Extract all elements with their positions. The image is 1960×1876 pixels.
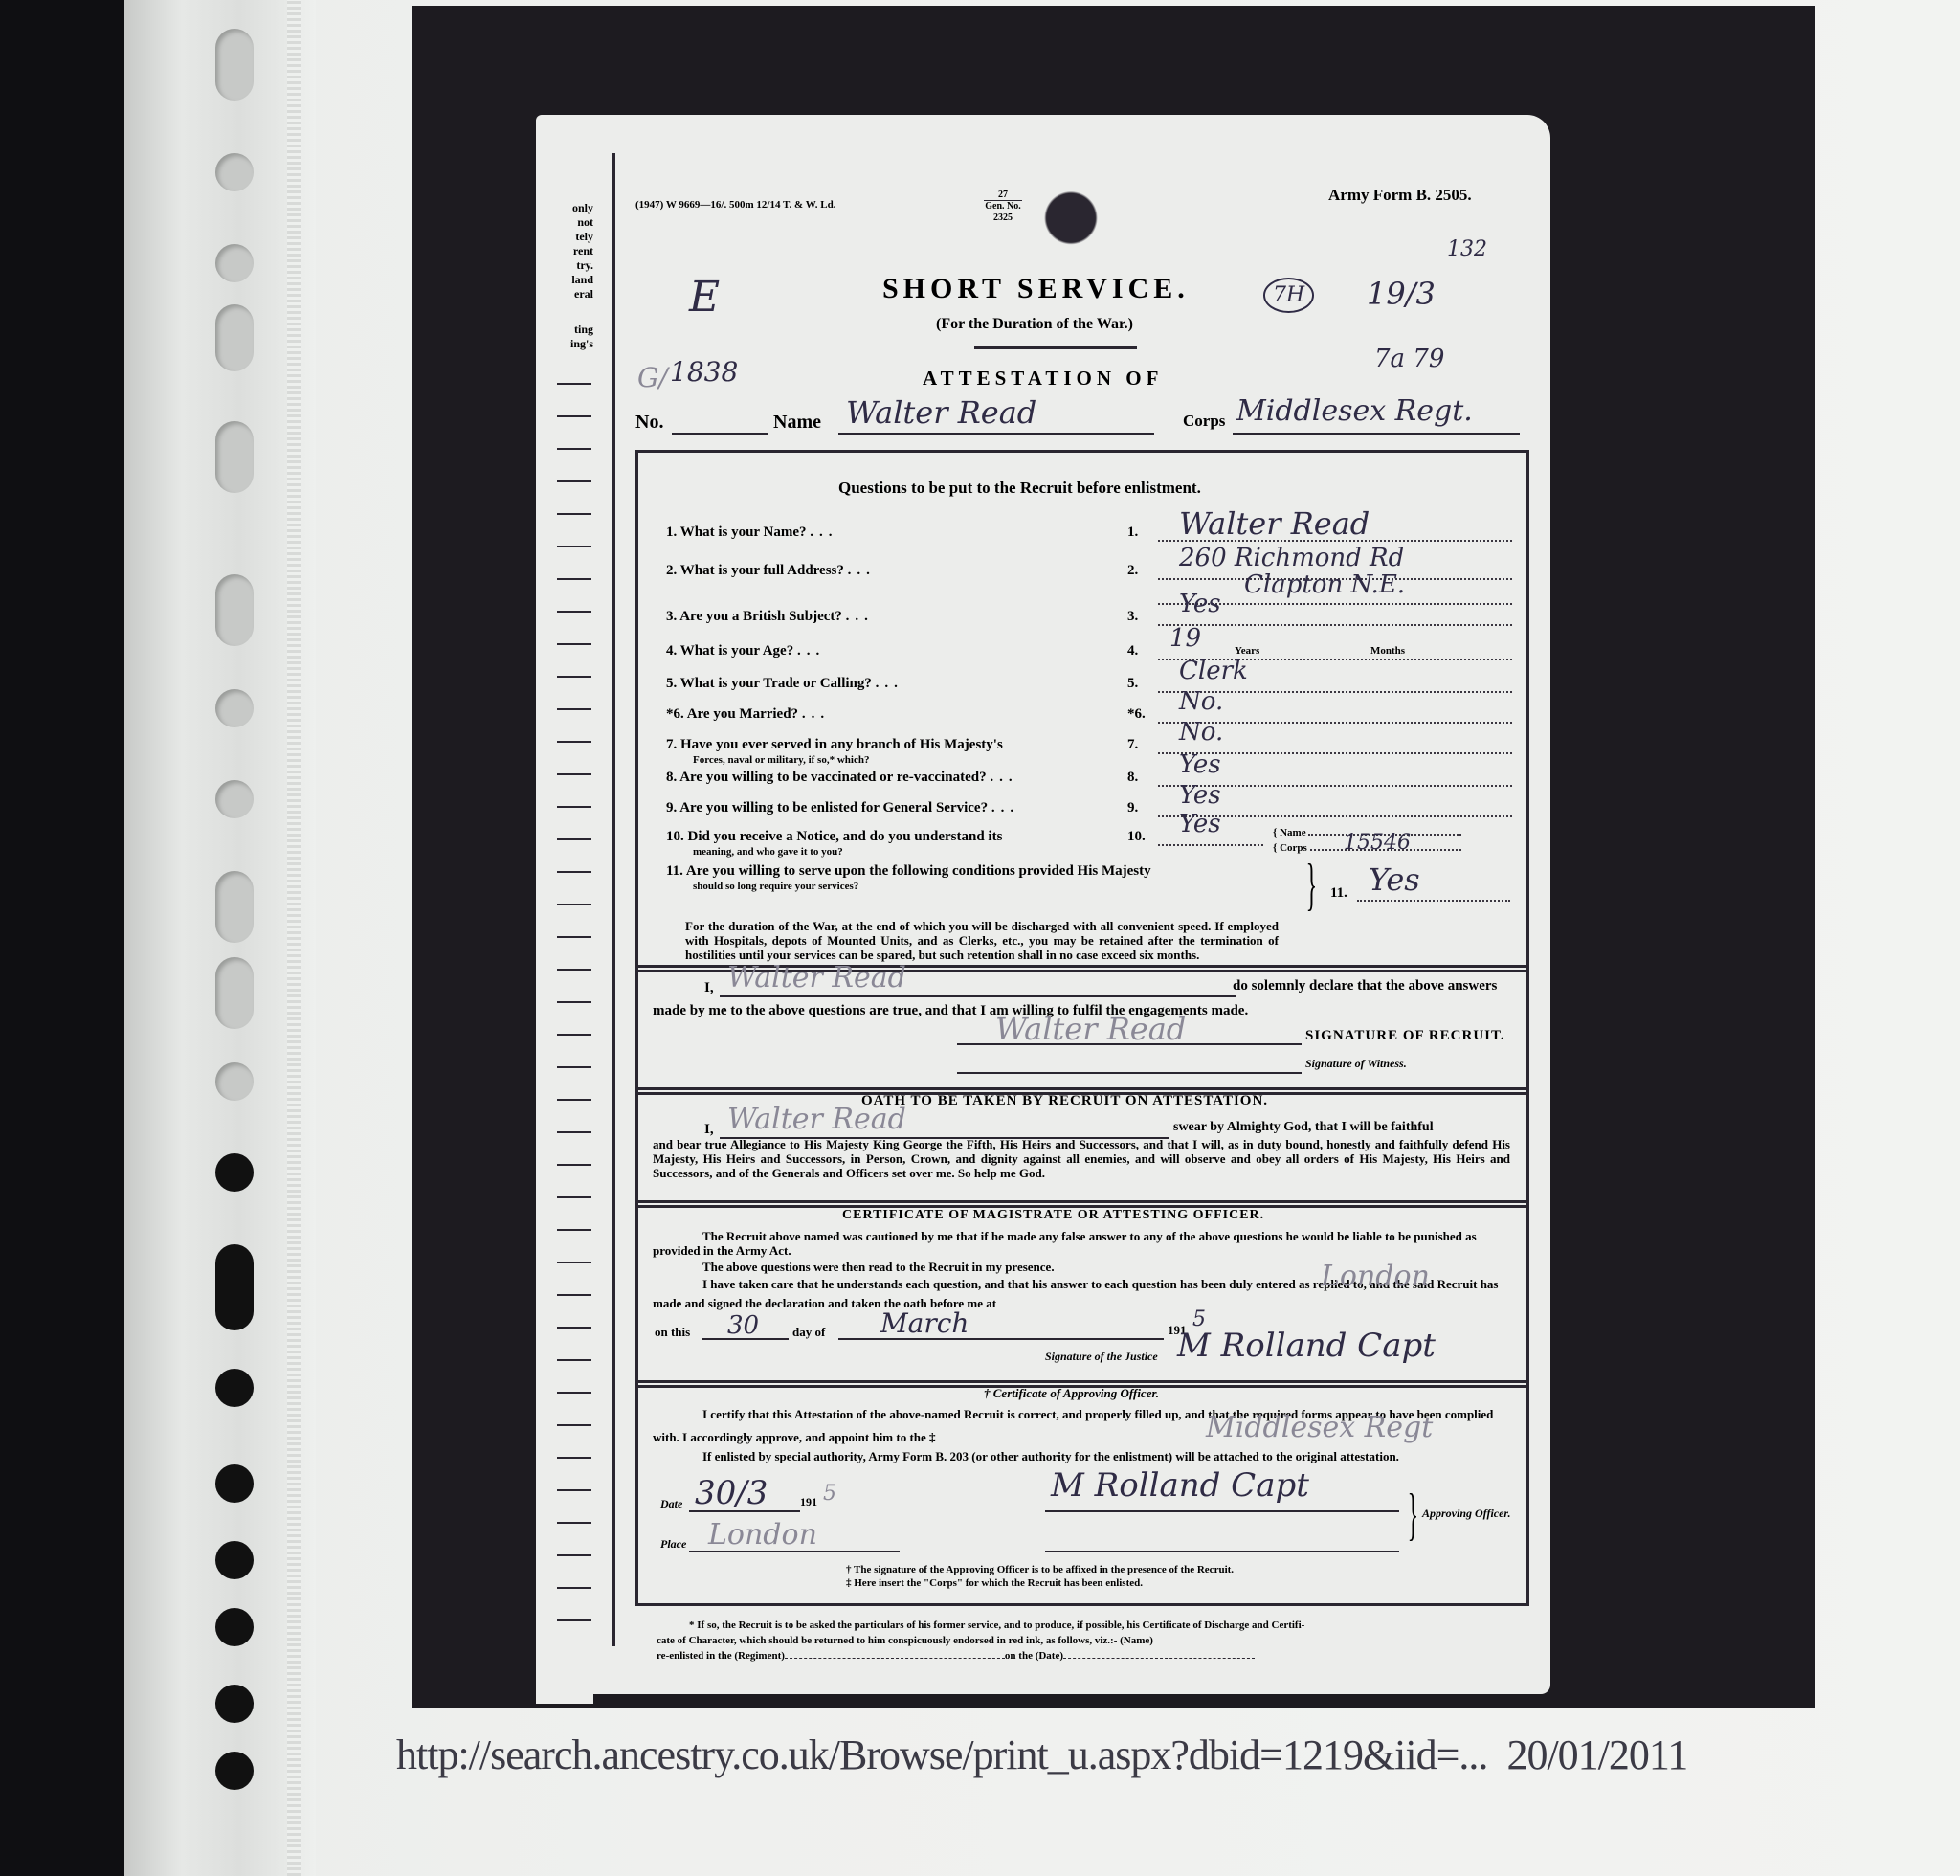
form-left-stub (536, 172, 593, 1704)
declaration-name-line (720, 995, 1236, 997)
punch-hole (215, 421, 254, 493)
answer-9: Yes (1179, 781, 1221, 810)
question-7-sub: Forces, naval or military, if so,* which… (693, 754, 869, 766)
magistrate-month: March (880, 1307, 969, 1339)
stub-rule (557, 383, 591, 385)
recruit-signature-label: SIGNATURE OF RECRUIT. (1305, 1028, 1505, 1044)
approving-place: London (708, 1518, 817, 1552)
declaration-prefix: I, (704, 980, 714, 996)
declaration-name: Walter Read (727, 961, 906, 994)
binder-edge (287, 0, 301, 1876)
question-1: 1. What is your Name? ... (666, 525, 838, 541)
answer-2: 260 Richmond Rd (1179, 544, 1404, 572)
stub-rule (557, 1327, 591, 1329)
punch-hole (215, 1464, 254, 1503)
form-title: SHORT SERVICE. (882, 273, 1190, 305)
approving-p2: If enlisted by special authority, Army F… (653, 1449, 1510, 1463)
question-11: 11. Are you willing to serve upon the fo… (666, 863, 1151, 880)
answer-3: Yes (1179, 590, 1221, 618)
magistrate-p1: The Recruit above named was cautioned by… (653, 1229, 1510, 1258)
approving-note2: ‡ Here insert the "Corps" for which the … (846, 1577, 1143, 1589)
approving-heading: † Certificate of Approving Officer. (984, 1386, 1159, 1401)
stub-rule (557, 773, 591, 775)
stub-divider (612, 153, 615, 1646)
recruit-corps: Middlesex Regt. (1236, 394, 1473, 428)
stub-rule (557, 676, 591, 678)
answer-num: 4. (1127, 643, 1138, 659)
annotation-ref: 7a 79 (1374, 345, 1444, 373)
name-field (838, 433, 1154, 435)
answer-num: 9. (1127, 800, 1138, 816)
q11-answer-line (1357, 900, 1510, 902)
magistrate-place: London (1321, 1260, 1430, 1293)
answer-num: 8. (1127, 770, 1138, 786)
annotation-circled: 7H (1263, 278, 1314, 313)
punch-hole (215, 1369, 254, 1407)
brace: } (1408, 1482, 1419, 1548)
approving-year-digit: 5 (823, 1482, 836, 1506)
footnote-line3: re-enlisted in the (Regiment)on the (Dat… (657, 1650, 1255, 1662)
question-10: 10. Did you receive a Notice, and do you… (666, 829, 1002, 845)
oath-line1: swear by Almighty God, that I will be fa… (1173, 1120, 1434, 1135)
oath-prefix: I, (704, 1122, 714, 1138)
stub-rule (557, 546, 591, 547)
magistrate-day: 30 (727, 1311, 759, 1340)
answer-line (1158, 624, 1512, 626)
stub-rule (557, 448, 591, 450)
footnote-line1: * If so, the Recruit is to be asked the … (657, 1619, 1304, 1631)
stub-rule (557, 936, 591, 938)
oath-heading: OATH TO BE TAKEN BY RECRUIT ON ATTESTATI… (861, 1093, 1268, 1109)
answer-8: Yes (1179, 750, 1221, 779)
service-number: 1838 (670, 356, 738, 388)
stub-rule (557, 1619, 591, 1621)
punch-hole (215, 780, 254, 818)
answer-6: No. (1179, 687, 1223, 716)
punch-hole (215, 1608, 254, 1646)
source-footer: http://search.ancestry.co.uk/Browse/prin… (396, 1731, 1687, 1779)
answer-10: Yes (1179, 810, 1221, 838)
punch-hole (215, 871, 254, 943)
on-this-label: on this (655, 1325, 690, 1340)
approving-officer-label: Approving Officer. (1422, 1507, 1510, 1521)
brace: } (1306, 852, 1318, 918)
answer-num: *6. (1127, 706, 1146, 723)
approving-date: 30/3 (695, 1474, 768, 1512)
recruit-signature: Walter Read (995, 1011, 1186, 1047)
punch-hole (215, 1153, 254, 1192)
stub-rule (557, 480, 591, 482)
punch-hole (215, 689, 254, 727)
answer-5: Clerk (1179, 657, 1248, 685)
question-9: 9. Are you willing to be enlisted for Ge… (666, 800, 1019, 816)
answer-num: 5. (1127, 676, 1138, 692)
answer-num: 1. (1127, 525, 1138, 541)
service-no-prefix: G/ (637, 362, 668, 393)
approving-note1: † The signature of the Approving Officer… (846, 1564, 1234, 1575)
answer-num: 10. (1127, 829, 1146, 845)
stub-rule (557, 1262, 591, 1263)
punch-hole (215, 1062, 254, 1101)
footnote-date-label: on the (Date) (1005, 1650, 1063, 1662)
question-3: 3. Are you a British Subject? ... (666, 609, 874, 625)
oath-name: Walter Read (727, 1103, 906, 1136)
witness-signature-label: Signature of Witness. (1305, 1057, 1407, 1071)
footnote-regiment-label: re-enlisted in the (Regiment) (657, 1650, 785, 1662)
stub-rule (557, 838, 591, 840)
stub-rule (557, 969, 591, 971)
stub-rule (557, 1131, 591, 1133)
no-field (672, 433, 768, 435)
print-date: 20/01/2011 (1506, 1731, 1687, 1778)
name-label: Name (773, 412, 821, 434)
question-6: *6. Are you Married? ... (666, 706, 830, 723)
punch-hole (215, 1685, 254, 1723)
q11-answer-num: 11. (1330, 885, 1347, 902)
stub-rule (557, 806, 591, 808)
answer-num: 7. (1127, 737, 1138, 753)
question-2: 2. What is your full Address? ... (666, 563, 876, 579)
stub-rule (557, 1099, 591, 1101)
oath-body: and bear true Allegiance to His Majesty … (653, 1137, 1510, 1180)
annotation-number: 132 (1447, 237, 1487, 261)
questions-heading: Questions to be put to the Recruit befor… (838, 479, 1201, 498)
title-rule (974, 346, 1137, 349)
stub-rule (557, 741, 591, 743)
gen-no: 27 Gen. No. 2325 (984, 190, 1022, 223)
stub-rule (557, 1522, 591, 1524)
stub-rule (557, 1034, 591, 1036)
answer-2b: Clapton N.E. (1244, 570, 1405, 599)
stub-text: onlynot telyrent try.land eral tinging's (559, 201, 593, 351)
punch-hole (215, 957, 254, 1029)
punch-hole (215, 29, 254, 100)
answer-line (1158, 844, 1263, 846)
approver-second-line (1045, 1551, 1399, 1552)
conditions-text: For the duration of the War, at the end … (685, 919, 1279, 962)
stub-rule (557, 643, 591, 645)
punch-hole (215, 304, 254, 371)
stub-rule (557, 871, 591, 873)
stub-rule (557, 1554, 591, 1556)
punch-hole (215, 1244, 254, 1330)
question-11-sub: should so long require your services? (693, 881, 858, 892)
question-5: 5. What is your Trade or Calling? ... (666, 676, 903, 692)
annotation-date: 19/3 (1367, 276, 1436, 312)
answer-1: Walter Read (1179, 505, 1370, 542)
q11-answer: Yes (1369, 861, 1420, 898)
footnote-line2: cate of Character, which should be retur… (657, 1635, 1153, 1646)
punch-hole (215, 244, 254, 282)
no-label: No. (635, 412, 663, 434)
stub-rule (557, 513, 591, 515)
answer-4: 19 (1169, 624, 1201, 653)
punch-hole (215, 1752, 254, 1790)
stub-rule (557, 1066, 591, 1068)
stub-rule (557, 1196, 591, 1198)
recruit-name: Walter Read (846, 394, 1036, 431)
form-subtitle: (For the Duration of the War.) (936, 316, 1133, 333)
stub-rule (557, 1359, 591, 1361)
approving-year-prefix: 191 (800, 1495, 817, 1509)
corps-field (1233, 433, 1520, 435)
approver-signature-line (1045, 1510, 1399, 1512)
corps-label: Corps (1183, 412, 1225, 431)
months-label: Months (1370, 645, 1405, 657)
stub-rule (557, 1229, 591, 1231)
approving-corps: Middlesex Regt (1206, 1411, 1433, 1444)
stub-rule (557, 1392, 591, 1394)
justice-signature-label: Signature of the Justice (1045, 1350, 1158, 1364)
answer-7: No. (1179, 718, 1223, 747)
answer-num: 2. (1127, 563, 1138, 579)
stub-rule (557, 1457, 591, 1459)
stub-rule (557, 1001, 591, 1003)
place-label: Place (660, 1537, 686, 1552)
regimental-number: 15546 (1344, 831, 1411, 855)
source-url: http://search.ancestry.co.uk/Browse/prin… (396, 1731, 1487, 1778)
years-label: Years (1235, 645, 1259, 657)
declaration-line1: do solemnly declare that the above answe… (1233, 978, 1497, 994)
stub-rule (557, 904, 591, 905)
stub-rule (557, 578, 591, 580)
stub-rule (557, 611, 591, 613)
stub-rule (557, 1587, 591, 1589)
question-8: 8. Are you willing to be vaccinated or r… (666, 770, 1018, 786)
stub-rule (557, 1424, 591, 1426)
punch-hole (215, 574, 254, 646)
justice-signature: M Rolland Capt (1177, 1327, 1436, 1365)
witness-signature-line (957, 1072, 1302, 1074)
stub-rule (557, 1294, 591, 1296)
date-label: Date (660, 1497, 682, 1511)
question-4: 4. What is your Age? ... (666, 643, 825, 659)
stub-rule (557, 1489, 591, 1491)
answer-num: 3. (1127, 609, 1138, 625)
royal-crest-icon (1043, 190, 1099, 253)
magistrate-heading: CERTIFICATE OF MAGISTRATE OR ATTESTING O… (842, 1208, 1264, 1223)
day-of-label: day of (792, 1325, 825, 1340)
punch-hole (215, 153, 254, 191)
question-7: 7. Have you ever served in any branch of… (666, 737, 1003, 753)
printer-ref: (1947) W 9669—16/. 500m 12/14 T. & W. Ld… (635, 199, 835, 211)
annotation-letter: E (689, 273, 720, 322)
stub-rule (557, 1164, 591, 1166)
stub-rule (557, 708, 591, 710)
punch-hole (215, 1541, 254, 1579)
stub-rule (557, 415, 591, 417)
question-10-sub: meaning, and who gave it to you? (693, 846, 843, 858)
form-id: Army Form B. 2505. (1328, 186, 1472, 205)
attestation-heading: ATTESTATION OF (923, 367, 1163, 391)
approver-signature: M Rolland Capt (1051, 1466, 1309, 1505)
